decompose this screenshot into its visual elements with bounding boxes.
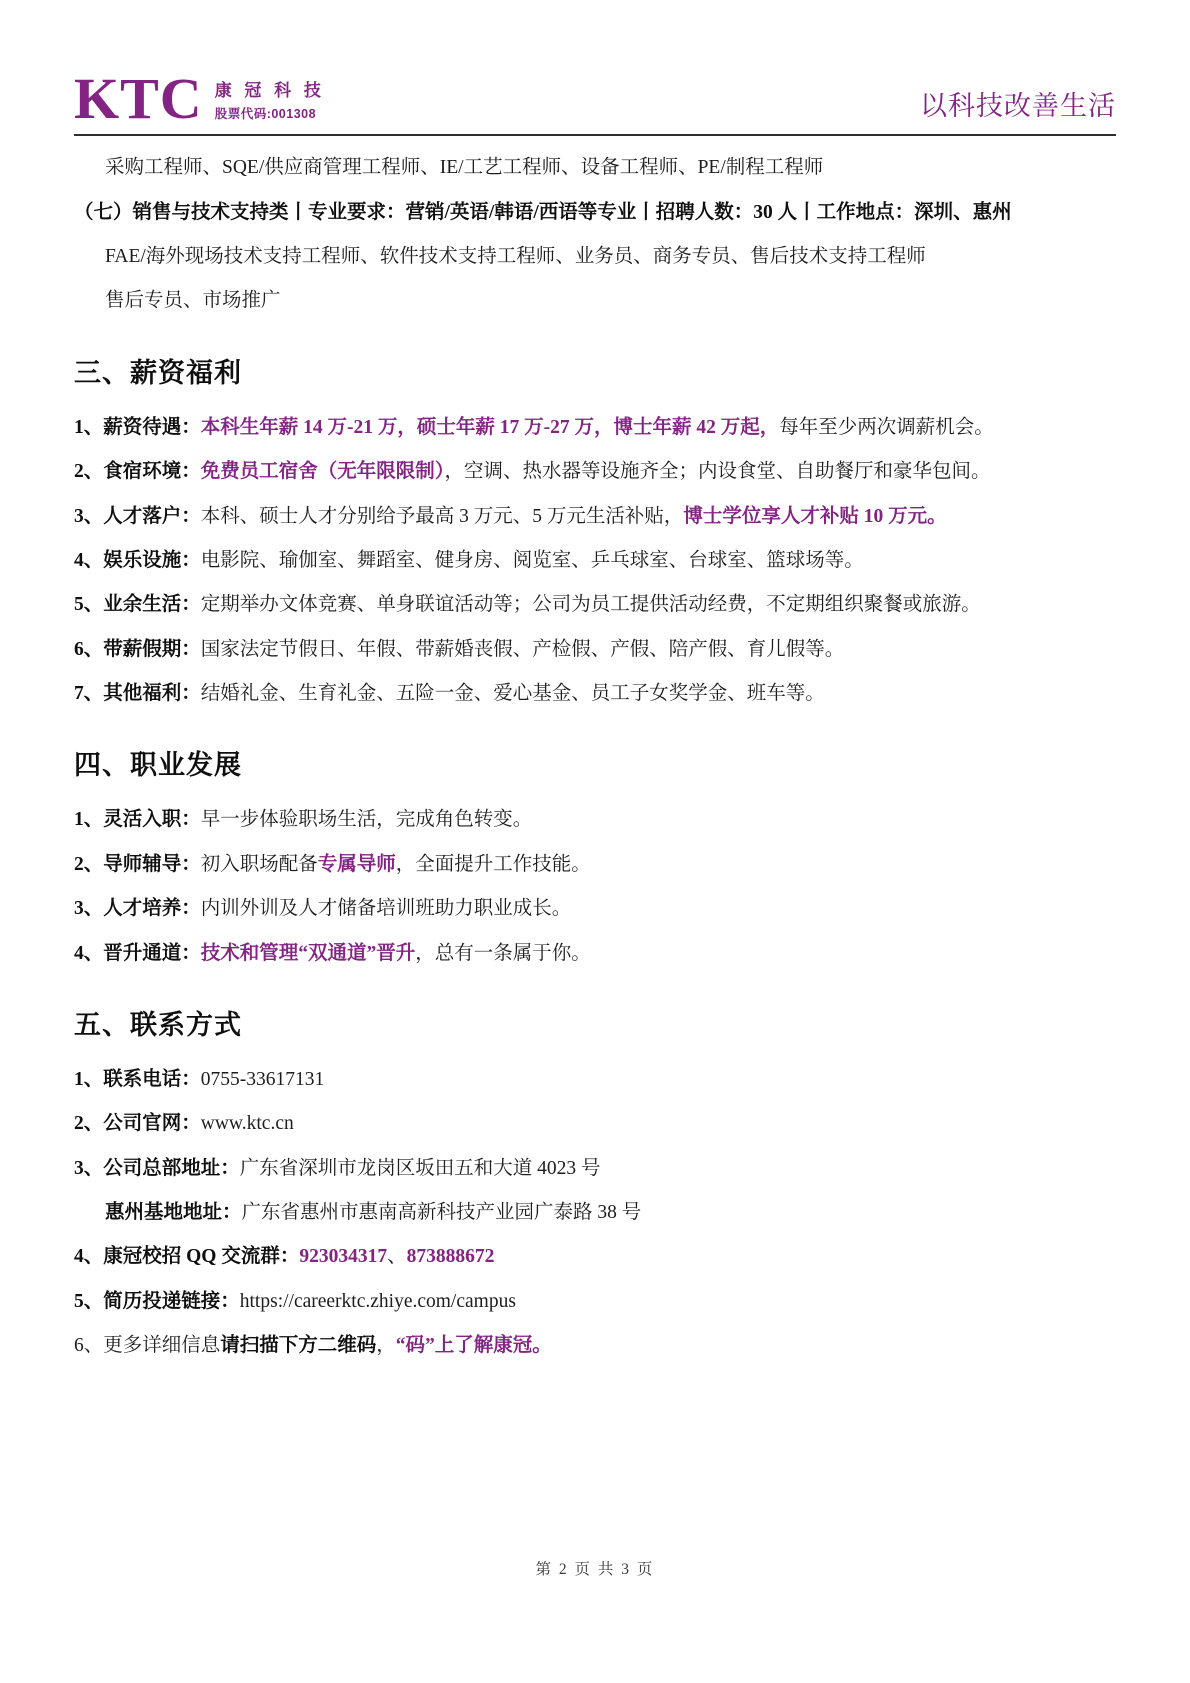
text-segment: 1、薪资待遇： <box>74 417 201 438</box>
intro-block-line-1: 采购工程师、SQE/供应商管理工程师、IE/工艺工程师、设备工程师、PE/制程工… <box>74 156 1116 180</box>
career-items-line-1: 1、灵活入职：早一步体验职场生活，完成角色转变。 <box>74 808 1116 832</box>
section-heading-salary: 三、薪资福利 <box>74 351 1116 390</box>
section-contact-info: 五、联系方式 1、联系电话：0755-336171312、公司官网：www.kt… <box>74 1003 1116 1359</box>
text-segment: 2、食宿环境： <box>74 461 201 482</box>
text-segment: 早一步体验职场生活，完成角色转变。 <box>201 809 533 830</box>
text-segment: 4、晋升通道： <box>74 943 201 964</box>
career-items-line-3: 3、人才培养：内训外训及人才储备培训班助力职业成长。 <box>74 897 1116 921</box>
contact-items: 1、联系电话：0755-336171312、公司官网：www.ktc.cn3、公… <box>74 1068 1116 1359</box>
text-segment: 6、更多详细信息 <box>74 1335 220 1356</box>
document-content: 采购工程师、SQE/供应商管理工程师、IE/工艺工程师、设备工程师、PE/制程工… <box>74 156 1116 1358</box>
section-heading-contact: 五、联系方式 <box>74 1003 1116 1042</box>
company-slogan: 以科技改善生活 <box>920 84 1116 125</box>
text-segment: 电影院、瑜伽室、舞蹈室、健身房、阅览室、乒乓球室、台球室、篮球场等。 <box>201 550 864 571</box>
text-segment: 本科生年薪 14 万-21 万，硕士年薪 17 万-27 万，博士年薪 42 万… <box>201 417 780 438</box>
text-segment: 初入职场配备 <box>201 854 318 875</box>
text-segment: 请扫描下方二维码 <box>220 1335 376 1356</box>
career-items-line-4: 4、晋升通道：技术和管理“双通道”晋升，总有一条属于你。 <box>74 942 1116 966</box>
intro-block-line-2: （七）销售与技术支持类丨专业要求：营销/英语/韩语/西语等专业丨招聘人数：30 … <box>74 201 1116 225</box>
contact-items-line-5: 4、康冠校招 QQ 交流群：923034317、873888672 <box>74 1245 1116 1269</box>
contact-items-line-7: 6、更多详细信息请扫描下方二维码，“码”上了解康冠。 <box>74 1334 1116 1358</box>
salary-items: 1、薪资待遇：本科生年薪 14 万-21 万，硕士年薪 17 万-27 万，博士… <box>74 416 1116 707</box>
text-segment: 1、灵活入职： <box>74 809 201 830</box>
text-segment: 4、康冠校招 QQ 交流群： <box>74 1246 299 1267</box>
salary-items-line-2: 2、食宿环境：免费员工宿舍（无年限限制），空调、热水器等设施齐全；内设食堂、自助… <box>74 460 1116 484</box>
text-segment: 每年至少两次调薪机会。 <box>779 417 994 438</box>
document-page: KTC 康 冠 科 技 股票代码:001308 以科技改善生活 采购工程师、SQ… <box>0 0 1190 1359</box>
text-segment: 5、简历投递链接： <box>74 1291 240 1312</box>
stock-code: 股票代码:001308 <box>215 104 325 122</box>
page-header: KTC 康 冠 科 技 股票代码:001308 以科技改善生活 <box>74 72 1116 125</box>
text-segment: ， <box>376 1335 396 1356</box>
section-heading-career: 四、职业发展 <box>74 743 1116 782</box>
company-name: 康 冠 科 技 <box>215 76 325 101</box>
text-segment: 广东省惠州市惠南高新科技产业园广泰路 38 号 <box>242 1202 642 1223</box>
text-segment: 1、联系电话： <box>74 1069 201 1090</box>
text-segment: 采购工程师、SQE/供应商管理工程师、IE/工艺工程师、设备工程师、PE/制程工… <box>105 157 823 178</box>
text-segment: 售后专员、市场推广 <box>105 290 281 311</box>
career-items-line-2: 2、导师辅导：初入职场配备专属导师，全面提升工作技能。 <box>74 853 1116 877</box>
text-segment: https://careerktc.zhiye.com/campus <box>240 1291 516 1312</box>
text-segment: 923034317 <box>299 1246 387 1267</box>
career-items: 1、灵活入职：早一步体验职场生活，完成角色转变。2、导师辅导：初入职场配备专属导… <box>74 808 1116 966</box>
salary-items-line-1: 1、薪资待遇：本科生年薪 14 万-21 万，硕士年薪 17 万-27 万，博士… <box>74 416 1116 440</box>
text-segment: 7、其他福利： <box>74 683 201 704</box>
salary-items-line-5: 5、业余生活：定期举办文体竞赛、单身联谊活动等；公司为员工提供活动经费，不定期组… <box>74 593 1116 617</box>
header-divider <box>74 134 1116 136</box>
salary-items-line-7: 7、其他福利：结婚礼金、生育礼金、五险一金、爱心基金、员工子女奖学金、班车等。 <box>74 682 1116 706</box>
text-segment: 免费员工宿舍（无年限限制） <box>201 461 445 482</box>
contact-items-line-3: 3、公司总部地址：广东省深圳市龙岗区坂田五和大道 4023 号 <box>74 1157 1116 1181</box>
text-segment: 技术和管理“双通道”晋升 <box>201 943 416 964</box>
text-segment: ，空调、热水器等设施齐全；内设食堂、自助餐厅和豪华包间。 <box>445 461 991 482</box>
text-segment: 3、人才培养： <box>74 898 201 919</box>
text-segment: 本科、硕士人才分别给予最高 3 万元、5 万元生活补贴， <box>201 506 684 527</box>
text-segment: 3、人才落户： <box>74 506 201 527</box>
contact-items-line-2: 2、公司官网：www.ktc.cn <box>74 1112 1116 1136</box>
text-segment: 定期举办文体竞赛、单身联谊活动等；公司为员工提供活动经费，不定期组织聚餐或旅游。 <box>201 594 981 615</box>
text-segment: 、 <box>387 1246 407 1267</box>
text-segment: 5、业余生活： <box>74 594 201 615</box>
text-segment: 3、公司总部地址： <box>74 1158 240 1179</box>
salary-items-line-3: 3、人才落户：本科、硕士人才分别给予最高 3 万元、5 万元生活补贴，博士学位享… <box>74 505 1116 529</box>
text-segment: FAE/海外现场技术支持工程师、软件技术支持工程师、业务员、商务专员、售后技术支… <box>105 246 926 267</box>
text-segment: www.ktc.cn <box>201 1113 294 1134</box>
text-segment: ，全面提升工作技能。 <box>396 854 591 875</box>
text-segment: 结婚礼金、生育礼金、五险一金、爱心基金、员工子女奖学金、班车等。 <box>201 683 825 704</box>
text-segment: （七）销售与技术支持类丨专业要求：营销/英语/韩语/西语等专业丨招聘人数：30 … <box>74 202 1012 223</box>
contact-items-line-4: 惠州基地地址：广东省惠州市惠南高新科技产业园广泰路 38 号 <box>74 1201 1116 1225</box>
page-number: 第 2 页 共 3 页 <box>0 1557 1190 1579</box>
text-segment: 2、导师辅导： <box>74 854 201 875</box>
text-segment: 6、带薪假期： <box>74 639 201 660</box>
text-segment: 专属导师 <box>318 854 396 875</box>
salary-items-line-4: 4、娱乐设施：电影院、瑜伽室、舞蹈室、健身房、阅览室、乒乓球室、台球室、篮球场等… <box>74 549 1116 573</box>
intro-block-line-4: 售后专员、市场推广 <box>74 289 1116 313</box>
text-segment: 4、娱乐设施： <box>74 550 201 571</box>
text-segment: 2、公司官网： <box>74 1113 201 1134</box>
text-segment: 873888672 <box>407 1246 495 1267</box>
text-segment: 内训外训及人才储备培训班助力职业成长。 <box>201 898 572 919</box>
text-segment: 国家法定节假日、年假、带薪婚丧假、产检假、产假、陪产假、育儿假等。 <box>201 639 845 660</box>
ktc-logo: KTC <box>74 72 203 125</box>
contact-items-line-6: 5、简历投递链接：https://careerktc.zhiye.com/cam… <box>74 1290 1116 1314</box>
intro-block: 采购工程师、SQE/供应商管理工程师、IE/工艺工程师、设备工程师、PE/制程工… <box>74 156 1116 314</box>
text-segment: ，总有一条属于你。 <box>415 943 591 964</box>
brand-block: KTC 康 冠 科 技 股票代码:001308 <box>74 72 325 125</box>
text-segment: 广东省深圳市龙岗区坂田五和大道 4023 号 <box>240 1158 601 1179</box>
text-segment: 惠州基地地址： <box>105 1202 242 1223</box>
salary-items-line-6: 6、带薪假期：国家法定节假日、年假、带薪婚丧假、产检假、产假、陪产假、育儿假等。 <box>74 638 1116 662</box>
section-career-development: 四、职业发展 1、灵活入职：早一步体验职场生活，完成角色转变。2、导师辅导：初入… <box>74 743 1116 966</box>
intro-block-line-3: FAE/海外现场技术支持工程师、软件技术支持工程师、业务员、商务专员、售后技术支… <box>74 245 1116 269</box>
brand-sub-block: 康 冠 科 技 股票代码:001308 <box>215 76 325 125</box>
text-segment: 博士学位享人才补贴 10 万元。 <box>683 506 946 527</box>
section-salary-benefits: 三、薪资福利 1、薪资待遇：本科生年薪 14 万-21 万，硕士年薪 17 万-… <box>74 351 1116 707</box>
text-segment: “码”上了解康冠。 <box>396 1335 552 1356</box>
contact-items-line-1: 1、联系电话：0755-33617131 <box>74 1068 1116 1092</box>
text-segment: 0755-33617131 <box>201 1069 325 1090</box>
